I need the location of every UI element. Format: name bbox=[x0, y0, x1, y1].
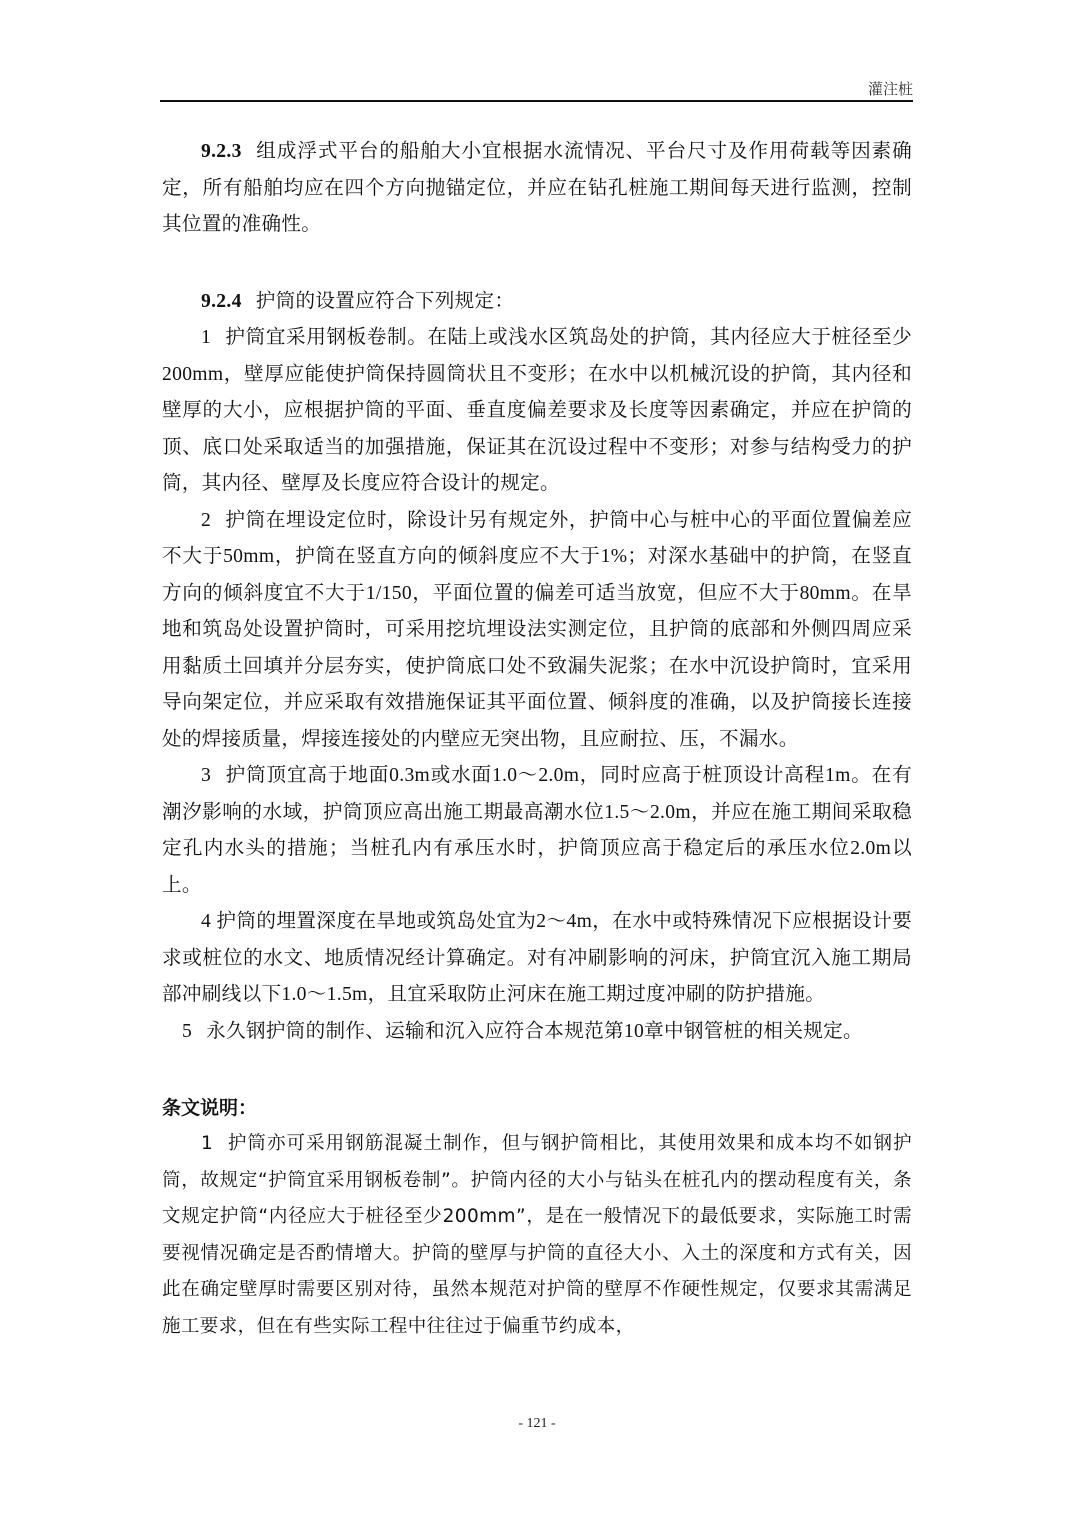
clause-title: 护筒的设置应符合下列规定： bbox=[256, 291, 515, 312]
page-header: 灌注桩 bbox=[160, 72, 913, 102]
item-number: 1 bbox=[201, 327, 211, 348]
item-number: 5 bbox=[182, 1021, 192, 1042]
clause-9-2-4: 9.2.4护筒的设置应符合下列规定： bbox=[162, 284, 912, 321]
item-text: 护筒在埋设定位时，除设计另有规定外，护筒中心与桩中心的平面位置偏差应不大于50m… bbox=[162, 510, 912, 750]
clause-item-1: 1护筒宜采用钢板卷制。在陆上或浅水区筑岛处的护筒，其内径应大于桩径至少200mm… bbox=[162, 320, 912, 503]
item-text: 护筒宜采用钢板卷制。在陆上或浅水区筑岛处的护筒，其内径应大于桩径至少200mm，… bbox=[162, 327, 912, 494]
clause-item-3: 3护筒顶宜高于地面0.3m或水面1.0～2.0m，同时应高于桩顶设计高程1m。在… bbox=[162, 758, 912, 904]
item-text: 护筒顶宜高于地面0.3m或水面1.0～2.0m，同时应高于桩顶设计高程1m。在有… bbox=[162, 765, 912, 896]
clause-number: 9.2.3 bbox=[201, 141, 242, 162]
clause-item-4: 4 护筒的埋置深度在旱地或筑岛处宜为2～4m，在水中或特殊情况下应根据设计要求或… bbox=[162, 904, 912, 1014]
explanation-item-1: 1护筒亦可采用钢筋混凝土制作，但与钢护筒相比，其使用效果和成本均不如钢护筒，故规… bbox=[162, 1126, 912, 1345]
running-header-title: 灌注桩 bbox=[868, 78, 913, 99]
item-text: 护筒亦可采用钢筋混凝土制作，但与钢护筒相比，其使用效果和成本均不如钢护筒，故规定… bbox=[162, 1133, 912, 1337]
spacer bbox=[162, 1050, 912, 1090]
item-number: 2 bbox=[201, 510, 211, 531]
explanation-title: 条文说明： bbox=[162, 1090, 912, 1126]
clause-text: 组成浮式平台的船舶大小宜根据水流情况、平台尺寸及作用荷载等因素确定，所有船舶均应… bbox=[162, 141, 912, 235]
clause-item-2: 2护筒在埋设定位时，除设计另有规定外，护筒中心与桩中心的平面位置偏差应不大于50… bbox=[162, 503, 912, 759]
clause-9-2-3: 9.2.3组成浮式平台的船舶大小宜根据水流情况、平台尺寸及作用荷载等因素确定，所… bbox=[162, 134, 912, 244]
clause-item-5: 5永久钢护筒的制作、运输和沉入应符合本规范第10章中钢管桩的相关规定。 bbox=[162, 1014, 912, 1051]
clause-number: 9.2.4 bbox=[201, 291, 242, 312]
item-number: 4 bbox=[201, 911, 211, 932]
item-text: 永久钢护筒的制作、运输和沉入应符合本规范第10章中钢管桩的相关规定。 bbox=[206, 1021, 863, 1042]
item-text: 护筒的埋置深度在旱地或筑岛处宜为2～4m，在水中或特殊情况下应根据设计要求或桩位… bbox=[162, 911, 912, 1005]
item-number: 3 bbox=[201, 765, 211, 786]
page-content: 9.2.3组成浮式平台的船舶大小宜根据水流情况、平台尺寸及作用荷载等因素确定，所… bbox=[162, 134, 912, 1345]
page-number: - 121 - bbox=[0, 1416, 1074, 1432]
spacer bbox=[162, 244, 912, 284]
item-number: 1 bbox=[201, 1133, 213, 1154]
